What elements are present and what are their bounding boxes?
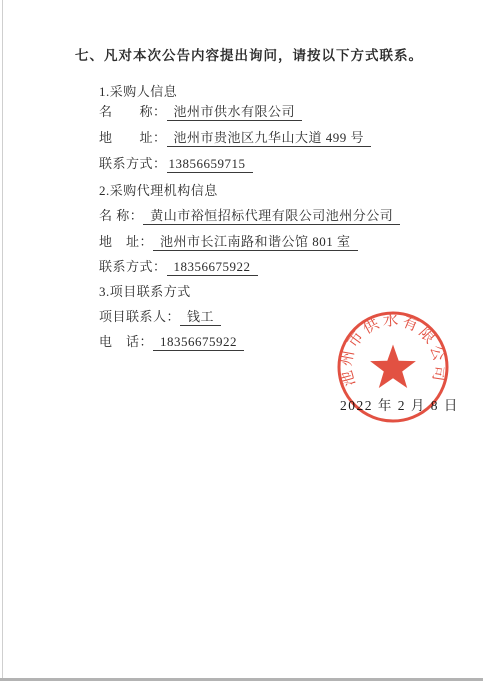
- page-title: 七、凡对本次公告内容提出询问，请按以下方式联系。: [75, 48, 423, 63]
- field-value: 池州市贵池区九华山大道 499 号: [167, 130, 372, 147]
- field-row-purchaser-contact: 联系方式：13856659715: [99, 156, 253, 173]
- document-page: 七、凡对本次公告内容提出询问，请按以下方式联系。 1.采购人信息 名 称：池州市…: [0, 0, 483, 681]
- field-label: 项目联系人：: [99, 309, 180, 324]
- section-title-project-contact: 3.项目联系方式: [99, 284, 191, 299]
- field-value: 18356675922: [153, 334, 244, 351]
- field-value: 池州市供水有限公司: [167, 104, 303, 121]
- field-row-purchaser-name: 名 称：池州市供水有限公司: [99, 104, 302, 121]
- seal-star-icon: [370, 345, 416, 389]
- field-value: 钱工: [180, 309, 221, 326]
- field-value: 13856659715: [167, 156, 253, 173]
- field-row-project-phone: 电 话：18356675922: [99, 334, 244, 351]
- field-label: 电 话：: [99, 334, 153, 349]
- field-value: 18356675922: [167, 259, 258, 276]
- field-value: 池州市长江南路和谐公馆 801 室: [153, 234, 358, 251]
- field-row-project-person: 项目联系人：钱工: [99, 309, 221, 326]
- date-text: 2022 年 2 月 8 日: [340, 394, 459, 414]
- field-label: 地 址：: [99, 130, 167, 145]
- field-label: 联系方式：: [99, 156, 167, 171]
- field-label: 联系方式：: [99, 259, 167, 274]
- field-value: 黄山市裕恒招标代理有限公司池州分公司: [143, 208, 400, 225]
- field-row-agency-name: 名 称：黄山市裕恒招标代理有限公司池州分公司: [99, 208, 400, 225]
- field-row-purchaser-address: 地 址：池州市贵池区九华山大道 499 号: [99, 130, 371, 147]
- scan-edge-left: [2, 0, 3, 681]
- section-title-purchaser: 1.采购人信息: [99, 84, 177, 99]
- section-title-agency: 2.采购代理机构信息: [99, 183, 218, 198]
- seal-text: 池州市供水有限公司: [337, 311, 449, 388]
- field-label: 名 称：: [99, 208, 143, 223]
- field-row-agency-address: 地 址：池州市长江南路和谐公馆 801 室: [99, 234, 358, 251]
- field-row-agency-contact: 联系方式：18356675922: [99, 259, 258, 276]
- field-label: 名 称：: [99, 104, 167, 119]
- field-label: 地 址：: [99, 234, 153, 249]
